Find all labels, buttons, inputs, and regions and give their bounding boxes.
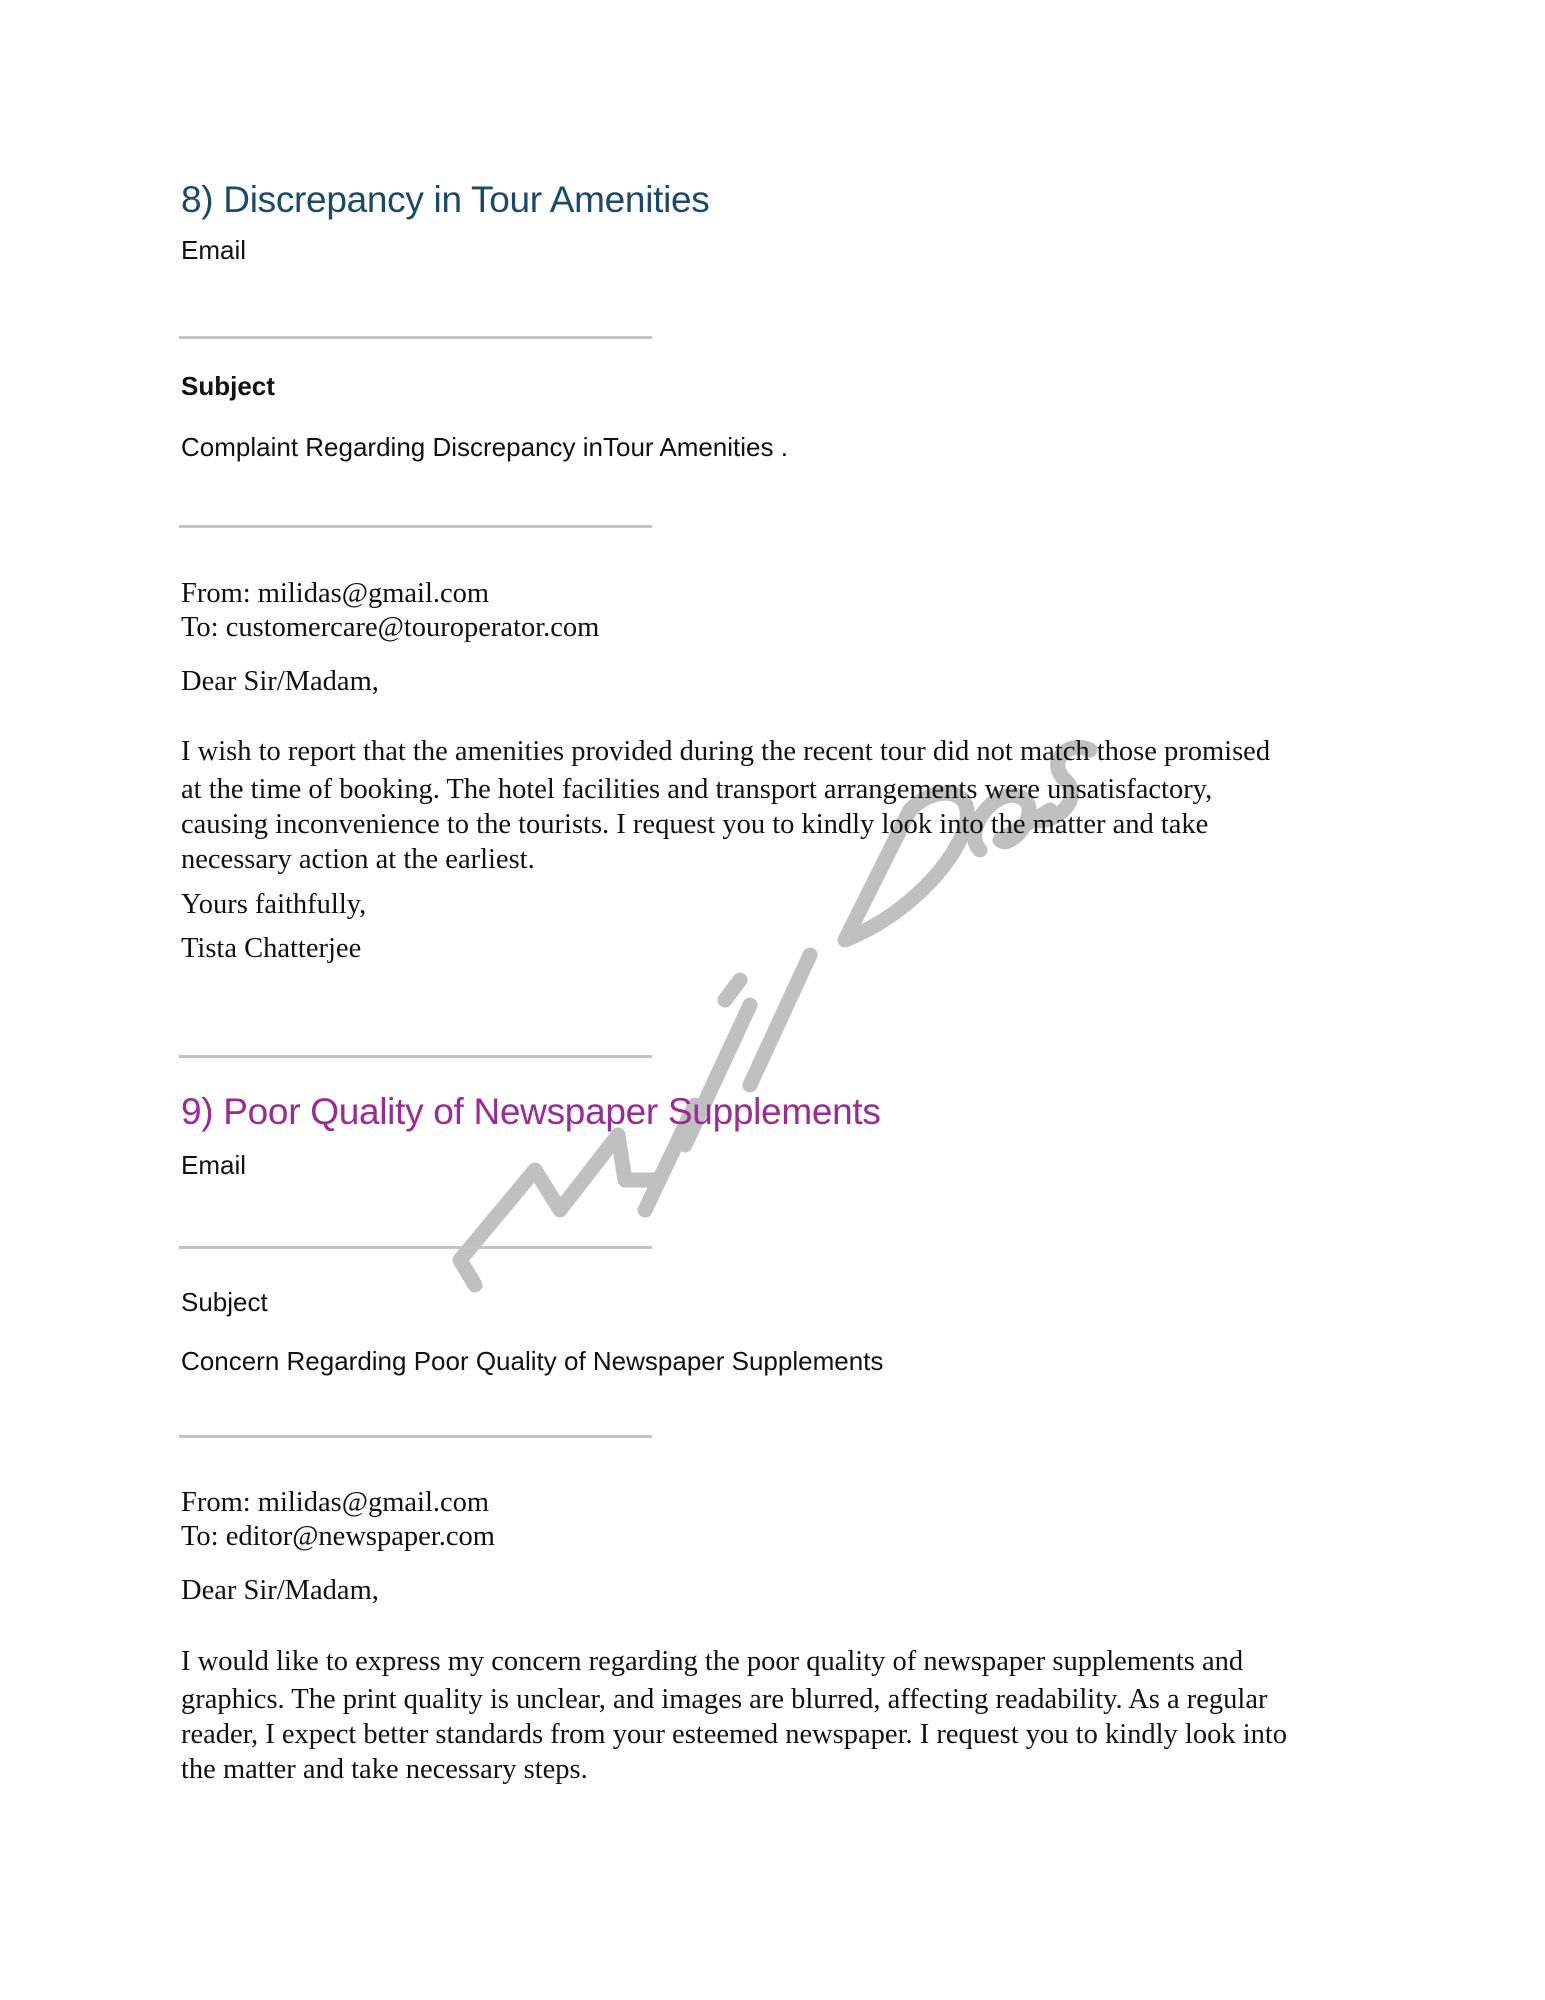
salutation-9: Dear Sir/Madam, xyxy=(181,1574,379,1608)
body-line: I wish to report that the amenities prov… xyxy=(181,735,1381,773)
body-line: graphics. The print quality is unclear, … xyxy=(181,1683,1381,1718)
subject-label-9: Subject xyxy=(181,1287,268,1318)
divider xyxy=(179,1435,652,1438)
email-type-label-9: Email xyxy=(181,1150,246,1181)
signature-8: Tista Chatterjee xyxy=(181,932,361,966)
letter-body-9: I would like to express my concern regar… xyxy=(181,1645,1381,1788)
section-heading-8: 8) Discrepancy in Tour Amenities xyxy=(181,179,710,221)
from-line-8: From: milidas@gmail.com xyxy=(181,577,489,611)
divider xyxy=(179,1055,652,1058)
subject-label-8: Subject xyxy=(181,371,275,402)
salutation-8: Dear Sir/Madam, xyxy=(181,665,379,699)
letter-body-8: I wish to report that the amenities prov… xyxy=(181,735,1381,878)
divider xyxy=(179,336,652,339)
closing-8: Yours faithfully, xyxy=(181,888,366,922)
divider xyxy=(179,525,652,528)
body-line: the matter and take necessary steps. xyxy=(181,1753,1381,1788)
document-page: 8) Discrepancy in Tour Amenities Email S… xyxy=(0,0,1545,2000)
body-line: reader, I expect better standards from y… xyxy=(181,1718,1381,1753)
from-line-9: From: milidas@gmail.com xyxy=(181,1486,489,1520)
body-line: necessary action at the earliest. xyxy=(181,843,1381,878)
divider xyxy=(179,1246,652,1249)
to-line-9: To: editor@newspaper.com xyxy=(181,1520,495,1554)
subject-text-9: Concern Regarding Poor Quality of Newspa… xyxy=(181,1346,883,1377)
to-line-8: To: customercare@touroperator.com xyxy=(181,611,599,645)
section-heading-9: 9) Poor Quality of Newspaper Supplements xyxy=(181,1091,881,1133)
body-line: at the time of booking. The hotel facili… xyxy=(181,773,1381,808)
body-line: causing inconvenience to the tourists. I… xyxy=(181,808,1381,843)
email-type-label-8: Email xyxy=(181,235,246,266)
body-line: I would like to express my concern regar… xyxy=(181,1645,1381,1683)
subject-text-8: Complaint Regarding Discrepancy inTour A… xyxy=(181,432,788,463)
